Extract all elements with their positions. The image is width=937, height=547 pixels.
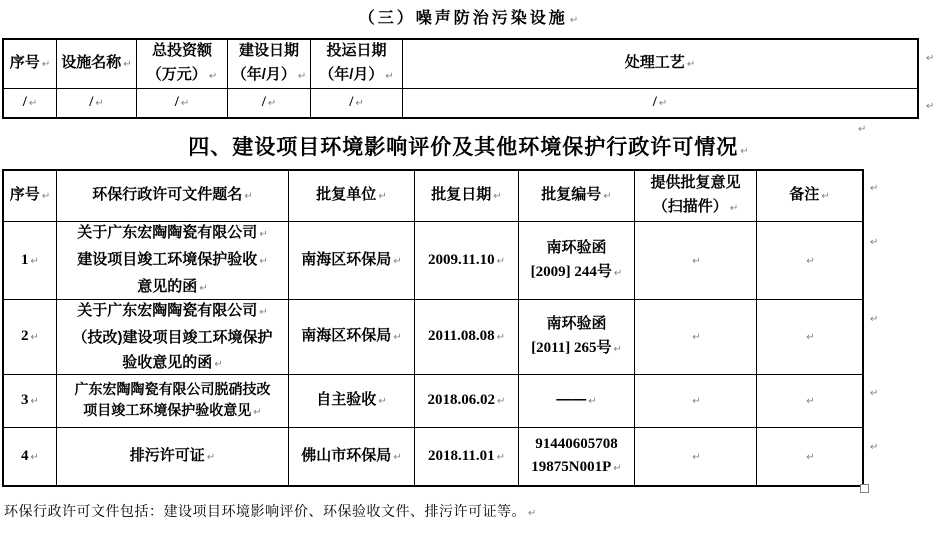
noise-facilities-table: 序号↵ 设施名称↵ 总投资额 （万元）↵ 建设日期 （年/月）↵ 投运日期 （年… [2,38,919,119]
pilcrow-mark: ↵ [393,332,401,343]
permit-row2-doc-title: 关于广东宏陶陶瓷有限公司↵ （技改)建设项目竣工环境保护 验收意见的函↵ [57,300,289,375]
pilcrow-mark: ↵ [926,101,934,112]
pilcrow-mark: ↵ [603,191,611,202]
pilcrow-mark: ↵ [806,452,814,463]
permit-row3-doc-title: 广东宏陶陶瓷有限公司脱硝技改 项目竣工环境保护验收意见↵ [57,375,289,428]
noise-header-process: 处理工艺↵ [403,40,917,89]
permit-header-approve-code: 批复编号↵ [519,171,635,222]
pilcrow-mark: ↵ [209,71,217,82]
pilcrow-mark: ↵ [31,452,39,463]
pilcrow-mark: ↵ [199,283,207,294]
permit-header-doc-title: 环保行政许可文件题名↵ [57,171,289,222]
permit-row4-no: 4↵ [4,428,57,485]
permit-row1-remark: ↵ [757,222,862,300]
permit-row4-scan: ↵ [635,428,757,485]
permit-row2-no: 2↵ [4,300,57,375]
permit-row2-scan: ↵ [635,300,757,375]
pilcrow-mark: ↵ [740,146,748,157]
permit-header-scan: 提供批复意见 （扫描件）↵ [635,171,757,222]
permit-row1-unit: 南海区环保局↵ [289,222,415,300]
pilcrow-mark: ↵ [821,191,829,202]
permit-row1-doc-title: 关于广东宏陶陶瓷有限公司↵ 建设项目竣工环境保护验收↵ 意见的函↵ [57,222,289,300]
permit-row3-no: 3↵ [4,375,57,428]
noise-cell-process: /↵ [403,89,917,117]
permit-header-approve-date: 批复日期↵ [415,171,519,222]
noise-header-investment: 总投资额 （万元）↵ [137,40,228,89]
permit-header-remark: 备注↵ [757,171,862,222]
pilcrow-mark: ↵ [730,203,738,214]
pilcrow-mark: ↵ [497,256,505,267]
pilcrow-mark: ↵ [31,332,39,343]
permit-row4-remark: ↵ [757,428,862,485]
row-end-mark: ↵ [924,96,934,114]
pilcrow-mark: ↵ [659,98,667,109]
permit-row1-no: 1↵ [4,222,57,300]
pilcrow-mark: ↵ [259,256,267,267]
pilcrow-mark: ↵ [692,396,700,407]
noise-section-title-text: （三）噪声防治污染设施↵ [359,10,578,27]
pilcrow-mark: ↵ [806,332,814,343]
row-end-mark: ↵ [868,178,878,196]
pilcrow-mark: ↵ [95,98,103,109]
pilcrow-mark: ↵ [570,15,578,26]
document-page: （三）噪声防治污染设施↵ 序号↵ 设施名称↵ 总投资额 （万元）↵ 建设日期 （… [0,0,937,547]
pilcrow-mark: ↵ [497,452,505,463]
permit-row4-doc-title: 排污许可证↵ [57,428,289,485]
pilcrow-mark: ↵ [588,396,596,407]
pilcrow-mark: ↵ [181,98,189,109]
permit-header-no: 序号↵ [4,171,57,222]
pilcrow-mark: ↵ [692,256,700,267]
permit-row1-scan: ↵ [635,222,757,300]
pilcrow-mark: ↵ [613,463,621,474]
noise-header-build-date: 建设日期 （年/月）↵ [228,40,311,89]
permit-section-title-text: 四、建设项目环境影响评价及其他环境保护行政许可情况↵ [188,136,748,159]
permit-row1-code: 南环验函 [2009] 244号↵ [519,222,635,300]
noise-cell-facility: /↵ [57,89,137,117]
permit-row4-unit: 佛山市环保局↵ [289,428,415,485]
noise-header-no: 序号↵ [4,40,57,89]
pilcrow-mark: ↵ [385,71,393,82]
pilcrow-mark: ↵ [806,396,814,407]
pilcrow-mark: ↵ [259,307,267,318]
permit-table: 序号↵ 环保行政许可文件题名↵ 批复单位↵ 批复日期↵ 批复编号↵ 提供批复意见… [2,169,864,487]
pilcrow-mark: ↵ [29,98,37,109]
permit-row4-code: 91440605708 19875N001P↵ [519,428,635,485]
permit-footnote-text: 环保行政许可文件包括：建设项目环境影响评价、环保验收文件、排污许可证等。↵ [4,503,536,519]
noise-cell-no: /↵ [4,89,57,117]
permit-row3-code: ——↵ [519,375,635,428]
pilcrow-mark: ↵ [870,183,878,194]
pilcrow-mark: ↵ [692,452,700,463]
noise-cell-investment: /↵ [137,89,228,117]
pilcrow-mark: ↵ [687,59,695,70]
pilcrow-mark: ↵ [614,344,622,355]
pilcrow-mark: ↵ [493,191,501,202]
permit-row2-remark: ↵ [757,300,862,375]
permit-section-title: 四、建设项目环境影响评价及其他环境保护行政许可情况↵ [0,131,937,161]
pilcrow-mark: ↵ [528,508,536,519]
row-end-mark: ↵ [868,309,878,327]
permit-row2-code: 南环验函 [2011] 265号↵ [519,300,635,375]
permit-row1-date: 2009.11.10↵ [415,222,519,300]
pilcrow-mark: ↵ [268,98,276,109]
permit-row4-date: 2018.11.01↵ [415,428,519,485]
pilcrow-mark: ↵ [214,359,222,370]
noise-cell-operate-date: /↵ [311,89,403,117]
pilcrow-mark: ↵ [806,256,814,267]
noise-section-title: （三）噪声防治污染设施↵ [0,5,937,28]
pilcrow-mark: ↵ [244,191,252,202]
noise-cell-build-date: /↵ [228,89,311,117]
permit-row3-date: 2018.06.02↵ [415,375,519,428]
permit-footnote: 环保行政许可文件包括：建设项目环境影响评价、环保验收文件、排污许可证等。↵ [4,501,536,521]
permit-header-approve-unit: 批复单位↵ [289,171,415,222]
row-end-mark: ↵ [924,48,934,66]
pilcrow-mark: ↵ [870,314,878,325]
table-resize-handle [860,484,869,493]
noise-header-operate-date: 投运日期 （年/月）↵ [311,40,403,89]
pilcrow-mark: ↵ [42,191,50,202]
pilcrow-mark: ↵ [926,53,934,64]
permit-row3-remark: ↵ [757,375,862,428]
permit-row3-unit: 自主验收↵ [289,375,415,428]
pilcrow-mark: ↵ [614,268,622,279]
pilcrow-mark: ↵ [497,396,505,407]
pilcrow-mark: ↵ [378,191,386,202]
pilcrow-mark: ↵ [31,256,39,267]
pilcrow-mark: ↵ [207,452,215,463]
pilcrow-mark: ↵ [355,98,363,109]
row-end-mark: ↵ [868,383,878,401]
pilcrow-mark: ↵ [870,442,878,453]
noise-header-facility: 设施名称↵ [57,40,137,89]
permit-row2-date: 2011.08.08↵ [415,300,519,375]
pilcrow-mark: ↵ [692,332,700,343]
pilcrow-mark: ↵ [378,396,386,407]
permit-row2-unit: 南海区环保局↵ [289,300,415,375]
pilcrow-mark: ↵ [870,237,878,248]
row-end-mark: ↵ [868,232,878,250]
pilcrow-mark: ↵ [298,71,306,82]
row-end-mark: ↵ [868,437,878,455]
pilcrow-mark: ↵ [870,388,878,399]
pilcrow-mark: ↵ [497,332,505,343]
permit-row3-scan: ↵ [635,375,757,428]
pilcrow-mark: ↵ [42,59,50,70]
pilcrow-mark: ↵ [393,256,401,267]
pilcrow-mark: ↵ [253,407,261,418]
pilcrow-mark: ↵ [31,396,39,407]
pilcrow-mark: ↵ [393,452,401,463]
pilcrow-mark: ↵ [123,59,131,70]
pilcrow-mark: ↵ [259,229,267,240]
